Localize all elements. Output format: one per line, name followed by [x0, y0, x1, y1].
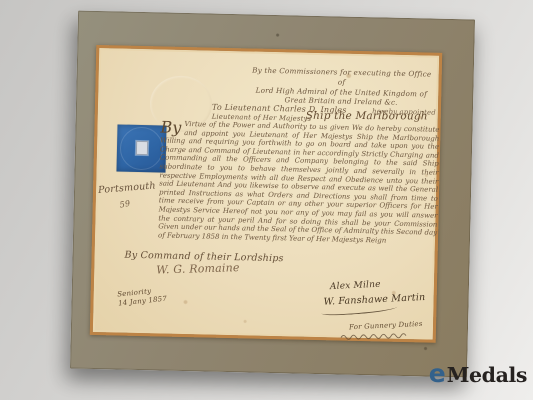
ship-name: Ship the Marlborough: [306, 110, 428, 123]
matte-board: By the Commissioners for executing the O…: [70, 11, 475, 378]
body-text: Virtue of the Power and Authority to us …: [158, 120, 440, 244]
dropcap-by: By: [160, 119, 181, 134]
commission-body: By Virtue of the Power and Authority to …: [158, 119, 440, 246]
emedals-watermark: e Medals: [429, 363, 527, 387]
margin-number: 59: [119, 199, 131, 210]
commission-heading: By the Commissioners for executing the O…: [248, 65, 435, 108]
lord-signature-1: Alex Milne: [330, 280, 381, 292]
emedals-e-icon: e: [429, 364, 446, 384]
commission-document: By the Commissioners for executing the O…: [90, 45, 442, 343]
emedals-wordmark: Medals: [447, 363, 527, 387]
photo-background: By the Commissioners for executing the O…: [0, 0, 533, 400]
seniority-note: Seniority 14 Jany 1857: [117, 286, 168, 309]
margin-place: Portsmouth: [98, 180, 156, 196]
signature-note: For Gunnery Duties: [349, 320, 423, 331]
stamp-emboss-square: [136, 141, 148, 155]
secretary-signature: W. G. Romaine: [156, 261, 240, 276]
